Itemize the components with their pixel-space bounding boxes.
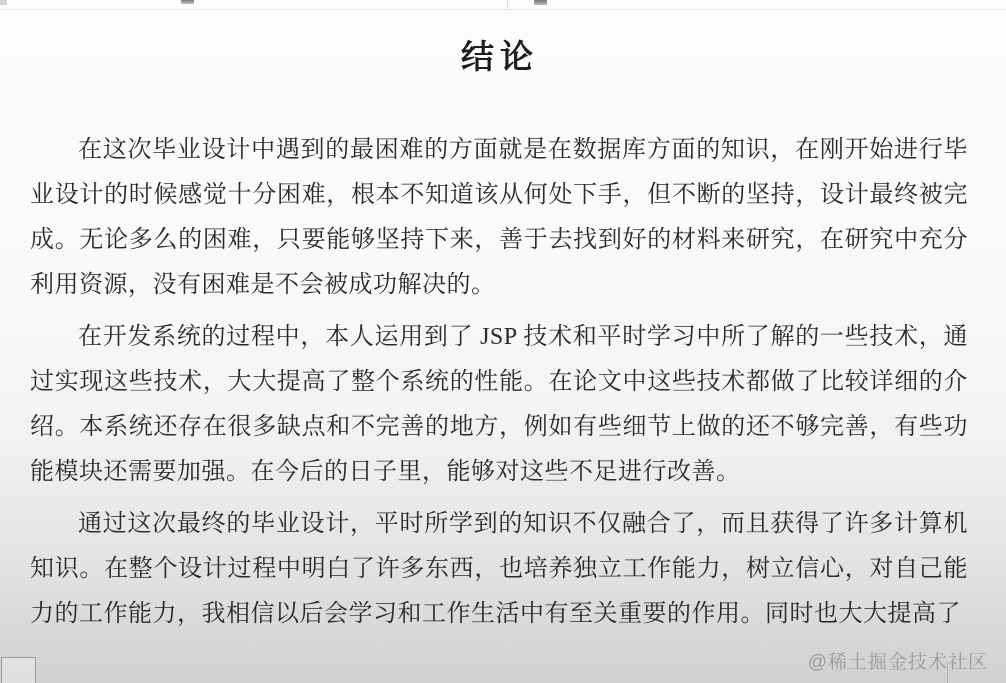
paragraph[interactable]: 在这次毕业设计中遇到的最困难的方面就是在数据库方面的知识，在刚开始进行毕业设计的…	[30, 128, 968, 308]
document-page: 结论 在这次毕业设计中遇到的最困难的方面就是在数据库方面的知识，在刚开始进行毕业…	[0, 0, 1006, 683]
paragraph[interactable]: 在开发系统的过程中，本人运用到了 JSP 技术和平时学习中所了解的一些技术，通过…	[30, 315, 968, 495]
window-top-edge	[0, 0, 1006, 10]
document-body[interactable]: 在这次毕业设计中遇到的最困难的方面就是在数据库方面的知识，在刚开始进行毕业设计的…	[30, 128, 968, 644]
watermark: @稀土掘金技术社区	[808, 647, 988, 674]
cropped-text-artifact	[181, 0, 194, 4]
cropped-text-artifact	[534, 0, 547, 5]
cropped-line-artifact	[507, 0, 508, 9]
paragraph[interactable]: 通过这次最终的毕业设计，平时所学到的知识不仅融合了，而且获得了许多计算机知识。在…	[30, 502, 968, 637]
textbox-corner-artifact	[1, 657, 36, 683]
page-title[interactable]: 结论	[30, 38, 970, 76]
corner-smudge-artifact	[0, 0, 7, 5]
